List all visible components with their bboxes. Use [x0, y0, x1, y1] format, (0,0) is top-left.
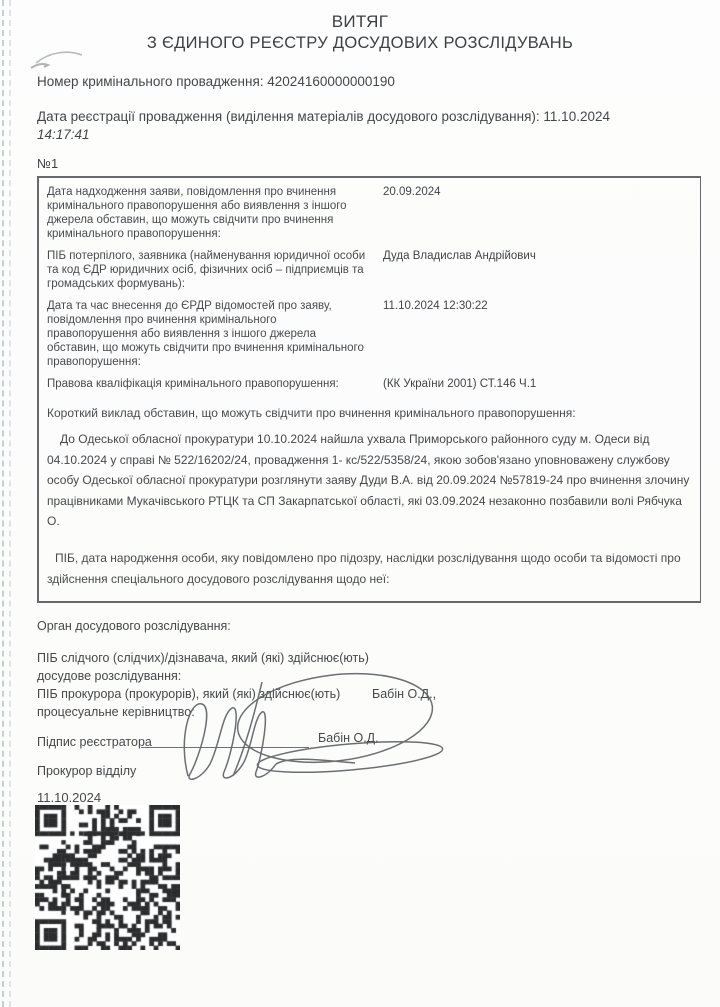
- registration-date: 11.10.2024: [543, 109, 610, 124]
- investigation-body-label: Орган досудового розслідування:: [37, 617, 231, 635]
- case-number-label: Номер кримінального провадження:: [37, 74, 264, 89]
- prosecutor-name: Бабін О.Д.,: [372, 685, 436, 703]
- case-number-value: 42024160000000190: [267, 74, 395, 89]
- table-row: Дата надходження заяви, повідомлення про…: [47, 185, 692, 241]
- document-title-line2: З ЄДИНОГО РЕЄСТРУ ДОСУДОВИХ РОЗСЛІДУВАНЬ: [0, 34, 720, 53]
- registration-line: Дата реєстрації провадження (виділення м…: [37, 108, 685, 144]
- row-label: Дата надходження заяви, повідомлення про…: [47, 185, 369, 241]
- signature-underline: [141, 733, 309, 748]
- table-row: Дата та час внесення до ЄРДР відомостей …: [47, 299, 692, 369]
- scan-edge-line: [9, 0, 11, 1007]
- row-label: Правова кваліфікація кримінального право…: [47, 377, 369, 391]
- document-title-line1: ВИТЯГ: [0, 12, 720, 32]
- registrar-name: Бабін О.Д.: [318, 729, 379, 747]
- suspect-heading: ПІБ, дата народження особи, яку повідомл…: [47, 548, 692, 590]
- table-row: Правова кваліфікація кримінального право…: [47, 377, 692, 391]
- row-value: 20.09.2024: [369, 185, 692, 241]
- case-number-line: Номер кримінального провадження: 4202416…: [37, 74, 395, 89]
- extract-table: Дата надходження заяви, повідомлення про…: [37, 176, 701, 603]
- registrar-position: Прокурор відділу: [37, 762, 136, 780]
- row-label: Дата та час внесення до ЄРДР відомостей …: [47, 299, 369, 369]
- registration-label: Дата реєстрації провадження (виділення м…: [37, 109, 540, 124]
- summary-text: До Одеської обласної прокуратури 10.10.2…: [47, 429, 692, 532]
- record-number: №1: [37, 156, 58, 171]
- row-value: (КК України 2001) СТ.146 Ч.1: [369, 377, 692, 391]
- scan-edge-line: [2, 0, 4, 1007]
- table-row: ПІБ потерпілого, заявника (найменування …: [47, 249, 692, 291]
- prosecutor-label: ПІБ прокурора (прокурорів), який (які) з…: [37, 685, 382, 721]
- registration-time: 14:17:41: [37, 126, 685, 144]
- registrar-signature-label: Підпис реєстратора: [37, 733, 152, 751]
- row-value: 11.10.2024 12:30:22: [369, 299, 692, 369]
- summary-heading: Короткий виклад обставин, що можуть свід…: [47, 405, 692, 421]
- row-value: Дуда Владислав Андрійович: [369, 249, 692, 291]
- investigator-label: ПІБ слідчого (слідчих)/дізнавача, який (…: [37, 649, 399, 685]
- row-label: ПІБ потерпілого, заявника (найменування …: [47, 249, 369, 291]
- document-page: ВИТЯГ З ЄДИНОГО РЕЄСТРУ ДОСУДОВИХ РОЗСЛІ…: [0, 0, 720, 1007]
- qr-code: [35, 805, 180, 950]
